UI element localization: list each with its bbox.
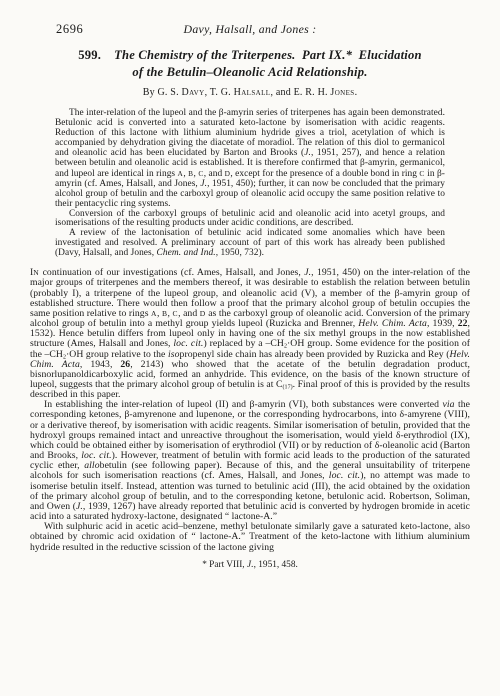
page-header: 2696 Davy, Halsall, and Jones :: [30, 22, 470, 37]
abstract-section: The inter-relation of the lupeol and the…: [55, 109, 445, 259]
body-paragraph: In establishing the inter-relation of lu…: [30, 400, 470, 522]
abstract-paragraph: A review of the lactonisation of betulin…: [55, 229, 445, 259]
article-heading: 599.The Chemistry of the Triterpenes. Pa…: [36, 47, 464, 80]
body-paragraph: IN continuation of our investigations (c…: [30, 268, 470, 400]
article-title-line2: of the Betulin–Oleanolic Acid Relationsh…: [36, 64, 464, 81]
article-number: 599.: [78, 48, 101, 62]
abstract-paragraph: Conversion of the carboxyl groups of bet…: [55, 210, 445, 230]
footnote: * Part VIII, J., 1951, 458.: [30, 560, 470, 570]
article-title-line1: 599.The Chemistry of the Triterpenes. Pa…: [36, 47, 464, 64]
article-title-text: The Chemistry of the Triterpenes. Part I…: [114, 48, 422, 62]
journal-page: 2696 Davy, Halsall, and Jones : 599.The …: [0, 0, 500, 696]
abstract-paragraph: The inter-relation of the lupeol and the…: [55, 109, 445, 210]
article-byline: By G. S. Davy, T. G. Halsall, and E. R. …: [30, 87, 470, 98]
running-head: Davy, Halsall, and Jones :: [30, 22, 470, 37]
article-body: IN continuation of our investigations (c…: [30, 268, 470, 552]
body-paragraph: With sulphuric acid in acetic acid–benze…: [30, 522, 470, 552]
